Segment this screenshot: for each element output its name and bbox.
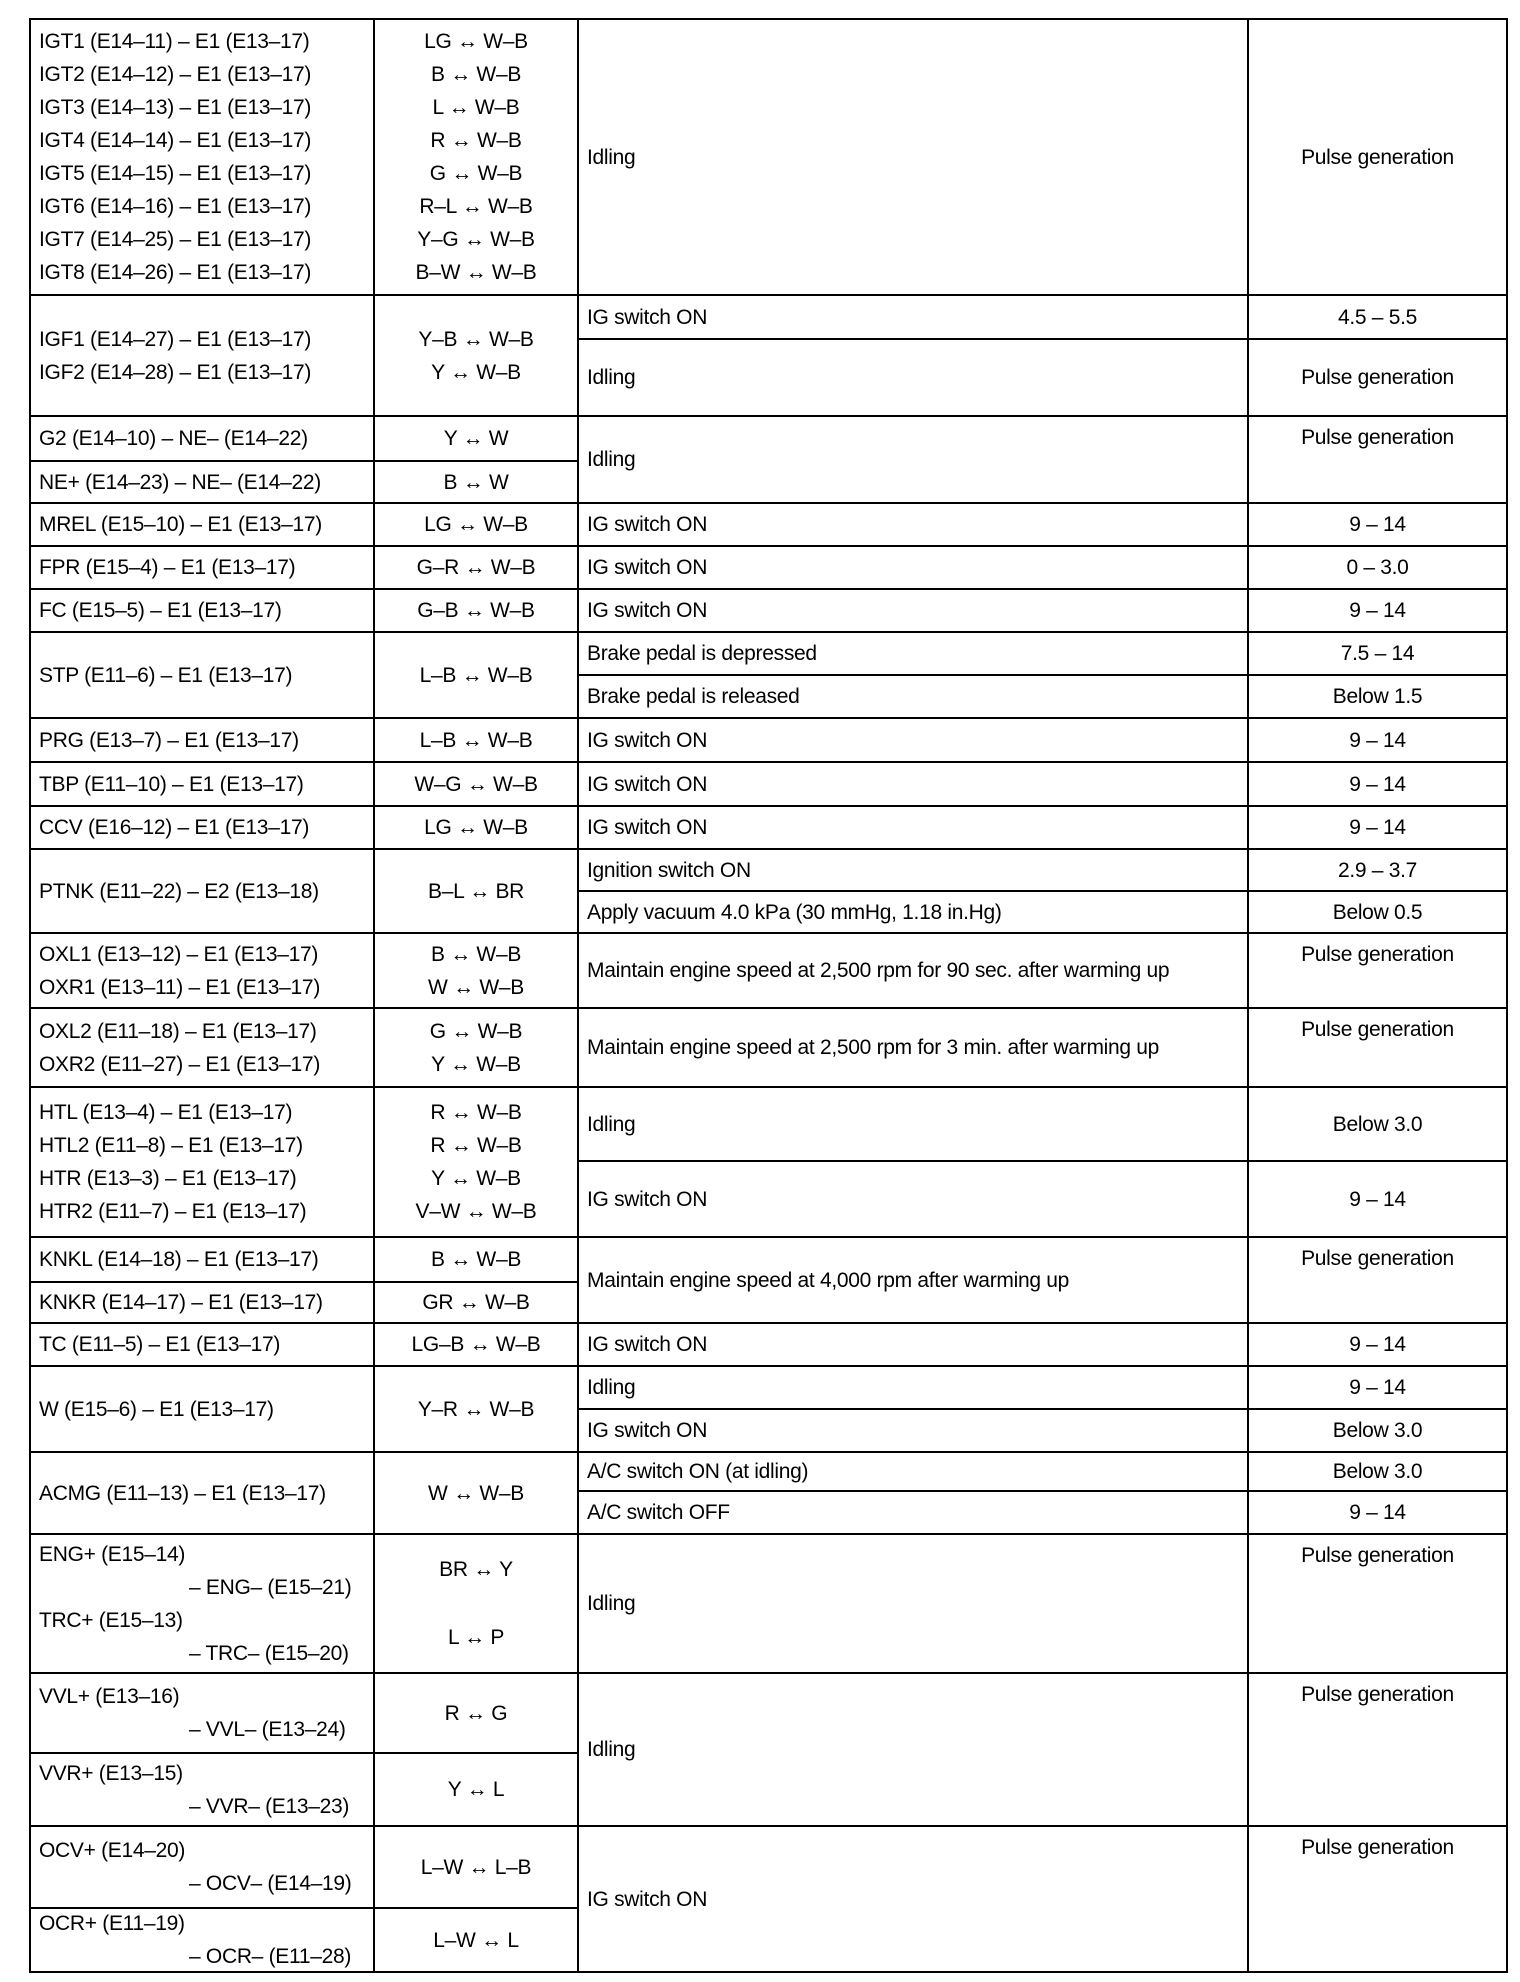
specified-value-cell: Pulse generation (1247, 932, 1508, 1009)
specified-value-cell: 9 – 14 (1247, 1490, 1508, 1535)
wire-color-label: LG ↔ W–B (424, 508, 528, 541)
terminal-label: CCV (E16–12) – E1 (E13–17) (39, 811, 309, 844)
wire-color-label: G ↔ W–B (430, 1015, 522, 1048)
terminal-label: IGT4 (E14–14) – E1 (E13–17) (39, 124, 311, 157)
specified-value-cell: 9 – 14 (1247, 1160, 1508, 1238)
wire-color-cell: Y–B ↔ W–BY ↔ W–B (373, 294, 579, 417)
specified-value-label: Pulse generation (1301, 1678, 1454, 1711)
specified-value-cell: 9 – 14 (1247, 1322, 1508, 1367)
specified-value-cell: Pulse generation (1247, 1236, 1508, 1324)
wire-color-cell: W–G ↔ W–B (373, 761, 579, 807)
terminal-label: TC (E11–5) – E1 (E13–17) (39, 1328, 280, 1361)
terminal-label: HTL (E13–4) – E1 (E13–17) (39, 1096, 292, 1129)
specified-value-cell: 7.5 – 14 (1247, 631, 1508, 676)
wire-color-label: L–B ↔ W–B (420, 659, 533, 692)
wire-color-label: R ↔ W–B (430, 1129, 521, 1162)
wire-color-label: LG ↔ W–B (424, 811, 528, 844)
specified-value-label: Pulse generation (1301, 141, 1454, 174)
specified-value-cell: 9 – 14 (1247, 805, 1508, 850)
specified-value-cell: Pulse generation (1247, 1825, 1508, 1973)
wire-color-label: W ↔ W–B (428, 971, 524, 1004)
wire-color-label: V–W ↔ W–B (416, 1195, 537, 1228)
condition-cell: Idling (577, 1086, 1249, 1162)
wire-color-cell: L–B ↔ W–B (373, 631, 579, 719)
specified-value-label: 9 – 14 (1349, 1496, 1406, 1529)
terminal-label: IGT6 (E14–16) – E1 (E13–17) (39, 190, 311, 223)
wire-color-cell: B ↔ W–B (373, 1236, 579, 1283)
condition-cell: Apply vacuum 4.0 kPa (30 mmHg, 1.18 in.H… (577, 890, 1249, 934)
condition-label: IG switch ON (587, 1883, 707, 1916)
wire-color-cell: LG ↔ W–B (373, 502, 579, 547)
condition-label: A/C switch ON (at idling) (587, 1455, 808, 1488)
wire-color-label: L ↔ W–B (433, 91, 520, 124)
terminal-label: PTNK (E11–22) – E2 (E13–18) (39, 875, 319, 908)
condition-cell: Brake pedal is depressed (577, 631, 1249, 676)
specified-value-cell: Below 1.5 (1247, 674, 1508, 719)
terminal-label: IGT3 (E14–13) – E1 (E13–17) (39, 91, 311, 124)
condition-label: IG switch ON (587, 1328, 707, 1361)
wire-color-label: Y ↔ W (444, 422, 509, 455)
wire-color-label: W–G ↔ W–B (414, 768, 537, 801)
wire-color-label: B–L ↔ BR (428, 875, 524, 908)
condition-label: IG switch ON (587, 811, 707, 844)
wire-color-label: B ↔ W–B (431, 938, 521, 971)
wire-color-label: Y ↔ W–B (431, 1162, 521, 1195)
terminal-label: IGF2 (E14–28) – E1 (E13–17) (39, 356, 311, 389)
wire-color-label: R ↔ G (445, 1697, 508, 1730)
specified-value-cell: Below 3.0 (1247, 1451, 1508, 1492)
wire-color-label: L ↔ P (448, 1621, 504, 1654)
wire-color-cell: G ↔ W–BY ↔ W–B (373, 1007, 579, 1088)
wire-color-cell: G–R ↔ W–B (373, 545, 579, 590)
wire-color-cell: B ↔ W (373, 460, 579, 504)
specified-value-label: 9 – 14 (1349, 768, 1406, 801)
condition-cell: Idling (577, 338, 1249, 417)
wire-color-label: B–W ↔ W–B (416, 256, 537, 289)
condition-cell: Idling (577, 1365, 1249, 1410)
terminal-label: STP (E11–6) – E1 (E13–17) (39, 659, 292, 692)
terminal-cell: PRG (E13–7) – E1 (E13–17) (29, 717, 375, 763)
specified-value-label: 9 – 14 (1349, 1328, 1406, 1361)
wire-color-cell: B–L ↔ BR (373, 848, 579, 934)
wire-color-label: BR ↔ Y (439, 1553, 513, 1586)
wire-color-cell: W ↔ W–B (373, 1451, 579, 1535)
specified-value-cell: Pulse generation (1247, 1672, 1508, 1827)
condition-cell: IG switch ON (577, 588, 1249, 633)
specified-value-label: 9 – 14 (1349, 724, 1406, 757)
wire-color-label: Y–R ↔ W–B (418, 1393, 534, 1426)
wire-color-label: G ↔ W–B (430, 157, 522, 190)
terminal-cell: FC (E15–5) – E1 (E13–17) (29, 588, 375, 633)
condition-label: IG switch ON (587, 594, 707, 627)
condition-label: Maintain engine speed at 2,500 rpm for 9… (587, 954, 1169, 987)
terminal-label: – VVL– (E13–24) (39, 1713, 346, 1746)
terminal-label: – ENG– (E15–21) (39, 1571, 351, 1604)
specified-value-cell: Pulse generation (1247, 415, 1508, 504)
terminal-cell: STP (E11–6) – E1 (E13–17) (29, 631, 375, 719)
wire-color-label: L–B ↔ W–B (420, 724, 533, 757)
wire-color-cell: LG–B ↔ W–B (373, 1322, 579, 1367)
specified-value-label: 4.5 – 5.5 (1338, 301, 1417, 334)
condition-label: IG switch ON (587, 551, 707, 584)
terminal-label: NE+ (E14–23) – NE– (E14–22) (39, 466, 321, 499)
condition-cell: IG switch ON (577, 545, 1249, 590)
specified-value-cell: Below 3.0 (1247, 1408, 1508, 1453)
terminal-cell: ENG+ (E15–14)– ENG– (E15–21)TRC+ (E15–13… (29, 1533, 375, 1674)
specified-value-label: Below 3.0 (1333, 1108, 1423, 1141)
condition-cell: Idling (577, 415, 1249, 504)
specified-value-cell: Below 3.0 (1247, 1086, 1508, 1162)
terminal-cell: OXL2 (E11–18) – E1 (E13–17)OXR2 (E11–27)… (29, 1007, 375, 1088)
terminal-label: IGT1 (E14–11) – E1 (E13–17) (39, 25, 310, 58)
terminal-cell: ACMG (E11–13) – E1 (E13–17) (29, 1451, 375, 1535)
condition-label: Idling (587, 443, 635, 476)
specified-value-cell: 9 – 14 (1247, 717, 1508, 763)
specified-value-label: Pulse generation (1301, 1013, 1454, 1046)
wire-color-cell: R ↔ W–BR ↔ W–BY ↔ W–BV–W ↔ W–B (373, 1086, 579, 1238)
terminal-label: PRG (E13–7) – E1 (E13–17) (39, 724, 299, 757)
condition-cell: Idling (577, 1672, 1249, 1827)
terminal-label: OXL2 (E11–18) – E1 (E13–17) (39, 1015, 317, 1048)
terminal-cell: VVL+ (E13–16)– VVL– (E13–24) (29, 1672, 375, 1754)
wire-color-cell: L–W ↔ L–B (373, 1825, 579, 1909)
condition-cell: IG switch ON (577, 1825, 1249, 1973)
wire-color-cell: L–W ↔ L (373, 1907, 579, 1973)
wire-color-label: Y–G ↔ W–B (417, 223, 535, 256)
wire-color-label: B ↔ W (444, 466, 509, 499)
wire-color-label: W ↔ W–B (428, 1477, 524, 1510)
condition-label: IG switch ON (587, 768, 707, 801)
condition-label: Idling (587, 1587, 635, 1620)
wire-color-cell: R ↔ G (373, 1672, 579, 1754)
terminal-label: TBP (E11–10) – E1 (E13–17) (39, 768, 304, 801)
terminal-cell: TC (E11–5) – E1 (E13–17) (29, 1322, 375, 1367)
terminal-cell: G2 (E14–10) – NE– (E14–22) (29, 415, 375, 462)
specified-value-label: Pulse generation (1301, 1539, 1454, 1572)
condition-cell: IG switch ON (577, 717, 1249, 763)
specified-value-cell: Pulse generation (1247, 1533, 1508, 1674)
terminal-cell: NE+ (E14–23) – NE– (E14–22) (29, 460, 375, 504)
condition-cell: Idling (577, 18, 1249, 296)
wire-color-label: LG–B ↔ W–B (412, 1328, 541, 1361)
specified-value-cell: Pulse generation (1247, 18, 1508, 296)
terminal-label: KNKR (E14–17) – E1 (E13–17) (39, 1286, 323, 1319)
terminal-label: – VVR– (E13–23) (39, 1790, 349, 1823)
terminal-cell: OCV+ (E14–20)– OCV– (E14–19) (29, 1825, 375, 1909)
specified-value-label: Below 1.5 (1333, 680, 1423, 713)
wire-color-cell: Y ↔ W (373, 415, 579, 462)
condition-cell: Idling (577, 1533, 1249, 1674)
wire-color-label: B ↔ W–B (431, 1243, 521, 1276)
terminal-cell: TBP (E11–10) – E1 (E13–17) (29, 761, 375, 807)
condition-cell: IG switch ON (577, 1160, 1249, 1238)
terminal-label: KNKL (E14–18) – E1 (E13–17) (39, 1243, 318, 1276)
specified-value-cell: 9 – 14 (1247, 761, 1508, 807)
condition-cell: Ignition switch ON (577, 848, 1249, 892)
terminal-label: IGT5 (E14–15) – E1 (E13–17) (39, 157, 311, 190)
condition-cell: IG switch ON (577, 805, 1249, 850)
wire-color-label: B ↔ W–B (431, 58, 521, 91)
wire-color-label: R ↔ W–B (430, 1096, 521, 1129)
specified-value-cell: Below 0.5 (1247, 890, 1508, 934)
terminal-cell: FPR (E15–4) – E1 (E13–17) (29, 545, 375, 590)
specified-value-cell: Pulse generation (1247, 1007, 1508, 1088)
specified-value-cell: 2.9 – 3.7 (1247, 848, 1508, 892)
terminal-cell: OXL1 (E13–12) – E1 (E13–17)OXR1 (E13–11)… (29, 932, 375, 1009)
specified-value-label: Pulse generation (1301, 421, 1454, 454)
wire-color-cell: L–B ↔ W–B (373, 717, 579, 763)
condition-cell: IG switch ON (577, 502, 1249, 547)
terminal-voltage-table: IGT1 (E14–11) – E1 (E13–17)IGT2 (E14–12)… (0, 0, 1520, 1982)
specified-value-label: 9 – 14 (1349, 1183, 1406, 1216)
wire-color-label: R ↔ W–B (430, 124, 521, 157)
specified-value-cell: 4.5 – 5.5 (1247, 294, 1508, 340)
specified-value-label: Pulse generation (1301, 1242, 1454, 1275)
terminal-label: OCR+ (E11–19) (39, 1907, 185, 1940)
terminal-cell: HTL (E13–4) – E1 (E13–17)HTL2 (E11–8) – … (29, 1086, 375, 1238)
wire-color-cell: GR ↔ W–B (373, 1281, 579, 1324)
condition-label: Idling (587, 1108, 635, 1141)
terminal-label: – TRC– (E15–20) (39, 1637, 349, 1670)
condition-cell: IG switch ON (577, 294, 1249, 340)
specified-value-label: 2.9 – 3.7 (1338, 854, 1417, 887)
specified-value-cell: 0 – 3.0 (1247, 545, 1508, 590)
specified-value-cell: Pulse generation (1247, 338, 1508, 417)
condition-label: Idling (587, 1733, 635, 1766)
terminal-label: IGT2 (E14–12) – E1 (E13–17) (39, 58, 311, 91)
terminal-label: FC (E15–5) – E1 (E13–17) (39, 594, 282, 627)
wire-color-label: L–W ↔ L–B (421, 1851, 532, 1884)
terminal-label: G2 (E14–10) – NE– (E14–22) (39, 422, 308, 455)
terminal-label: VVL+ (E13–16) (39, 1680, 179, 1713)
condition-label: IG switch ON (587, 724, 707, 757)
condition-cell: A/C switch ON (at idling) (577, 1451, 1249, 1492)
wire-color-label: G–B ↔ W–B (417, 594, 535, 627)
wire-color-label: GR ↔ W–B (422, 1286, 529, 1319)
wire-color-cell: LG ↔ W–BB ↔ W–BL ↔ W–BR ↔ W–BG ↔ W–BR–L … (373, 18, 579, 296)
wire-color-label: L–W ↔ L (433, 1924, 518, 1957)
condition-label: A/C switch OFF (587, 1496, 730, 1529)
condition-cell: IG switch ON (577, 761, 1249, 807)
terminal-label: HTR2 (E11–7) – E1 (E13–17) (39, 1195, 306, 1228)
specified-value-label: Pulse generation (1301, 361, 1454, 394)
condition-cell: A/C switch OFF (577, 1490, 1249, 1535)
wire-color-cell: G–B ↔ W–B (373, 588, 579, 633)
specified-value-label: Below 0.5 (1333, 896, 1423, 929)
condition-cell: IG switch ON (577, 1322, 1249, 1367)
condition-label: Idling (587, 141, 635, 174)
condition-cell: IG switch ON (577, 1408, 1249, 1453)
wire-color-label: Y–B ↔ W–B (418, 323, 533, 356)
wire-color-label: R–L ↔ W–B (419, 190, 532, 223)
terminal-label: OXL1 (E13–12) – E1 (E13–17) (39, 938, 318, 971)
condition-cell: Maintain engine speed at 4,000 rpm after… (577, 1236, 1249, 1324)
terminal-cell: CCV (E16–12) – E1 (E13–17) (29, 805, 375, 850)
terminal-label: IGF1 (E14–27) – E1 (E13–17) (39, 323, 311, 356)
specified-value-label: 7.5 – 14 (1341, 637, 1415, 670)
condition-label: Ignition switch ON (587, 854, 751, 887)
terminal-label: VVR+ (E13–15) (39, 1757, 183, 1790)
condition-label: Maintain engine speed at 2,500 rpm for 3… (587, 1031, 1159, 1064)
specified-value-cell: 9 – 14 (1247, 1365, 1508, 1410)
specified-value-label: Pulse generation (1301, 1831, 1454, 1864)
terminal-label: TRC+ (E15–13) (39, 1604, 183, 1637)
terminal-label: W (E15–6) – E1 (E13–17) (39, 1393, 274, 1426)
terminal-label: HTL2 (E11–8) – E1 (E13–17) (39, 1129, 303, 1162)
wire-color-label: G–R ↔ W–B (417, 551, 536, 584)
terminal-label: MREL (E15–10) – E1 (E13–17) (39, 508, 322, 541)
condition-label: IG switch ON (587, 1183, 707, 1216)
specified-value-label: 0 – 3.0 (1346, 551, 1408, 584)
terminal-label: IGT8 (E14–26) – E1 (E13–17) (39, 256, 311, 289)
terminal-label: – OCV– (E14–19) (39, 1867, 351, 1900)
specified-value-label: Below 3.0 (1333, 1414, 1423, 1447)
wire-color-label: Y ↔ L (448, 1773, 504, 1806)
terminal-cell: W (E15–6) – E1 (E13–17) (29, 1365, 375, 1453)
wire-color-label: Y ↔ W–B (431, 356, 521, 389)
specified-value-label: Below 3.0 (1333, 1455, 1423, 1488)
wire-color-cell: LG ↔ W–B (373, 805, 579, 850)
terminal-cell: IGT1 (E14–11) – E1 (E13–17)IGT2 (E14–12)… (29, 18, 375, 296)
specified-value-label: 9 – 14 (1349, 811, 1406, 844)
terminal-label: OXR1 (E13–11) – E1 (E13–17) (39, 971, 320, 1004)
wire-color-cell: BR ↔ YL ↔ P (373, 1533, 579, 1674)
condition-cell: Maintain engine speed at 2,500 rpm for 3… (577, 1007, 1249, 1088)
condition-label: Brake pedal is released (587, 680, 800, 713)
condition-label: IG switch ON (587, 1414, 707, 1447)
terminal-label: – OCR– (E11–28) (39, 1940, 351, 1973)
specified-value-label: 9 – 14 (1349, 594, 1406, 627)
specified-value-label: 9 – 14 (1349, 508, 1406, 541)
terminal-cell: PTNK (E11–22) – E2 (E13–18) (29, 848, 375, 934)
terminal-cell: KNKL (E14–18) – E1 (E13–17) (29, 1236, 375, 1283)
condition-label: IG switch ON (587, 508, 707, 541)
specified-value-cell: 9 – 14 (1247, 588, 1508, 633)
terminal-label: OXR2 (E11–27) – E1 (E13–17) (39, 1048, 320, 1081)
condition-cell: Brake pedal is released (577, 674, 1249, 719)
wire-color-label: LG ↔ W–B (424, 25, 528, 58)
wire-color-cell: Y ↔ L (373, 1752, 579, 1827)
terminal-label: HTR (E13–3) – E1 (E13–17) (39, 1162, 296, 1195)
terminal-cell: MREL (E15–10) – E1 (E13–17) (29, 502, 375, 547)
condition-label: Maintain engine speed at 4,000 rpm after… (587, 1264, 1069, 1297)
wire-color-cell: Y–R ↔ W–B (373, 1365, 579, 1453)
terminal-label: ENG+ (E15–14) (39, 1538, 185, 1571)
terminal-cell: VVR+ (E13–15)– VVR– (E13–23) (29, 1752, 375, 1827)
wire-color-label: Y ↔ W–B (431, 1048, 521, 1081)
terminal-label: OCV+ (E14–20) (39, 1834, 185, 1867)
condition-label: Idling (587, 361, 635, 394)
terminal-cell: IGF1 (E14–27) – E1 (E13–17)IGF2 (E14–28)… (29, 294, 375, 417)
specified-value-cell: 9 – 14 (1247, 502, 1508, 547)
terminal-cell: KNKR (E14–17) – E1 (E13–17) (29, 1281, 375, 1324)
specified-value-label: Pulse generation (1301, 938, 1454, 971)
terminal-label: FPR (E15–4) – E1 (E13–17) (39, 551, 295, 584)
terminal-label: ACMG (E11–13) – E1 (E13–17) (39, 1477, 326, 1510)
specified-value-label: 9 – 14 (1349, 1371, 1406, 1404)
terminal-cell: OCR+ (E11–19)– OCR– (E11–28) (29, 1907, 375, 1973)
wire-color-cell: B ↔ W–BW ↔ W–B (373, 932, 579, 1009)
terminal-label: IGT7 (E14–25) – E1 (E13–17) (39, 223, 311, 256)
condition-label: Brake pedal is depressed (587, 637, 817, 670)
condition-cell: Maintain engine speed at 2,500 rpm for 9… (577, 932, 1249, 1009)
condition-label: IG switch ON (587, 301, 707, 334)
condition-label: Apply vacuum 4.0 kPa (30 mmHg, 1.18 in.H… (587, 896, 1002, 929)
condition-label: Idling (587, 1371, 635, 1404)
